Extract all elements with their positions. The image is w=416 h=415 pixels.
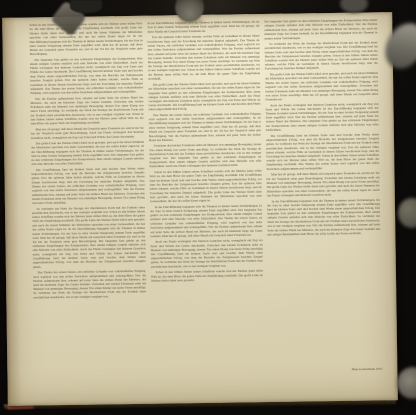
- text-paragraph: Die große Linie des Werkes bleibt dabei …: [148, 81, 261, 112]
- liner-notes-page: Schon in den frühen Jahren seines Schaff…: [2, 12, 398, 406]
- text-paragraph: So verbindet das Werk die Strenge der üb…: [265, 41, 378, 72]
- text-paragraph: In der Durchführung begegnen sich die Th…: [147, 20, 260, 34]
- text-paragraph: Das Thema des ersten Satzes, ein schlich…: [149, 112, 262, 143]
- top-clamp-dark: [70, 0, 102, 13]
- text-paragraph: So verbindet das Werk die Strenge der üb…: [32, 205, 146, 269]
- right-edge-smudge-bottom: [397, 367, 416, 399]
- text-paragraph: Zwischen den beiden Ecksätzen steht ein …: [149, 143, 262, 169]
- text-paragraph: Schon in den frühen Jahren seines Schaff…: [149, 169, 262, 204]
- top-right-clamp-blob: [340, 0, 368, 13]
- text-paragraph: Die Uraufführung fand im kleinen Saale s…: [266, 133, 380, 172]
- text-paragraph: Erst die späteren Jahre haben erkannt, w…: [147, 34, 261, 81]
- text-paragraph: Der langsame Satz gehört zu den schönste…: [30, 57, 144, 96]
- credit-line-wrap: Hans Gottesmann 1953: [269, 367, 382, 379]
- text-paragraph: Auch das Finale verleugnet den heiteren …: [265, 102, 378, 133]
- text-paragraph: Wer die Partitur aufmerksam liest, erken…: [30, 95, 143, 126]
- text-paragraph: Man hat oft gesagt, daß diese Musik ein …: [31, 126, 144, 140]
- column-1-text: Schon in den frühen Jahren seines Schaff…: [29, 22, 146, 300]
- text-column-3: Der langsame Satz gehört zu den schönste…: [264, 18, 383, 396]
- text-paragraph: Schon in den frühen Jahren seines Schaff…: [29, 22, 142, 57]
- text-paragraph: Die große Linie des Werkes bleibt dabei …: [265, 71, 378, 102]
- text-paragraph: In der Durchführung begegnen sich die Th…: [267, 198, 381, 237]
- text-paragraph: Die Uraufführung fand im kleinen Saale s…: [31, 167, 145, 206]
- column-3-clip: Der langsame Satz gehört zu den schönste…: [264, 18, 382, 366]
- text-paragraph: In der Durchführung begegnen sich die Th…: [150, 204, 263, 239]
- text-column-1: Schon in den frühen Jahren seines Schaff…: [29, 22, 148, 400]
- photo-backdrop: Schon in den frühen Jahren seines Schaff…: [0, 0, 416, 415]
- text-paragraph: Das Thema des ersten Satzes, ein schlich…: [33, 269, 146, 300]
- text-paragraph: Man hat oft gesagt, daß diese Musik ein …: [266, 171, 379, 197]
- right-edge-smudge-middle: [398, 198, 416, 228]
- column-3-text: Der langsame Satz gehört zu den schönste…: [264, 18, 380, 236]
- text-paragraph: Der langsame Satz gehört zu den schönste…: [264, 18, 377, 40]
- text-column-2: In der Durchführung begegnen sich die Th…: [147, 20, 265, 398]
- text-paragraph: Die große Linie des Werkes bleibt dabei …: [31, 140, 144, 166]
- credit-line: Hans Gottesmann 1953: [269, 367, 382, 373]
- text-paragraph: Schon in den frühen Jahren seines Schaff…: [151, 269, 264, 283]
- text-paragraph: Auch das Finale verleugnet den heiteren …: [150, 238, 263, 269]
- column-2-text: In der Durchführung begegnen sich die Th…: [147, 20, 264, 283]
